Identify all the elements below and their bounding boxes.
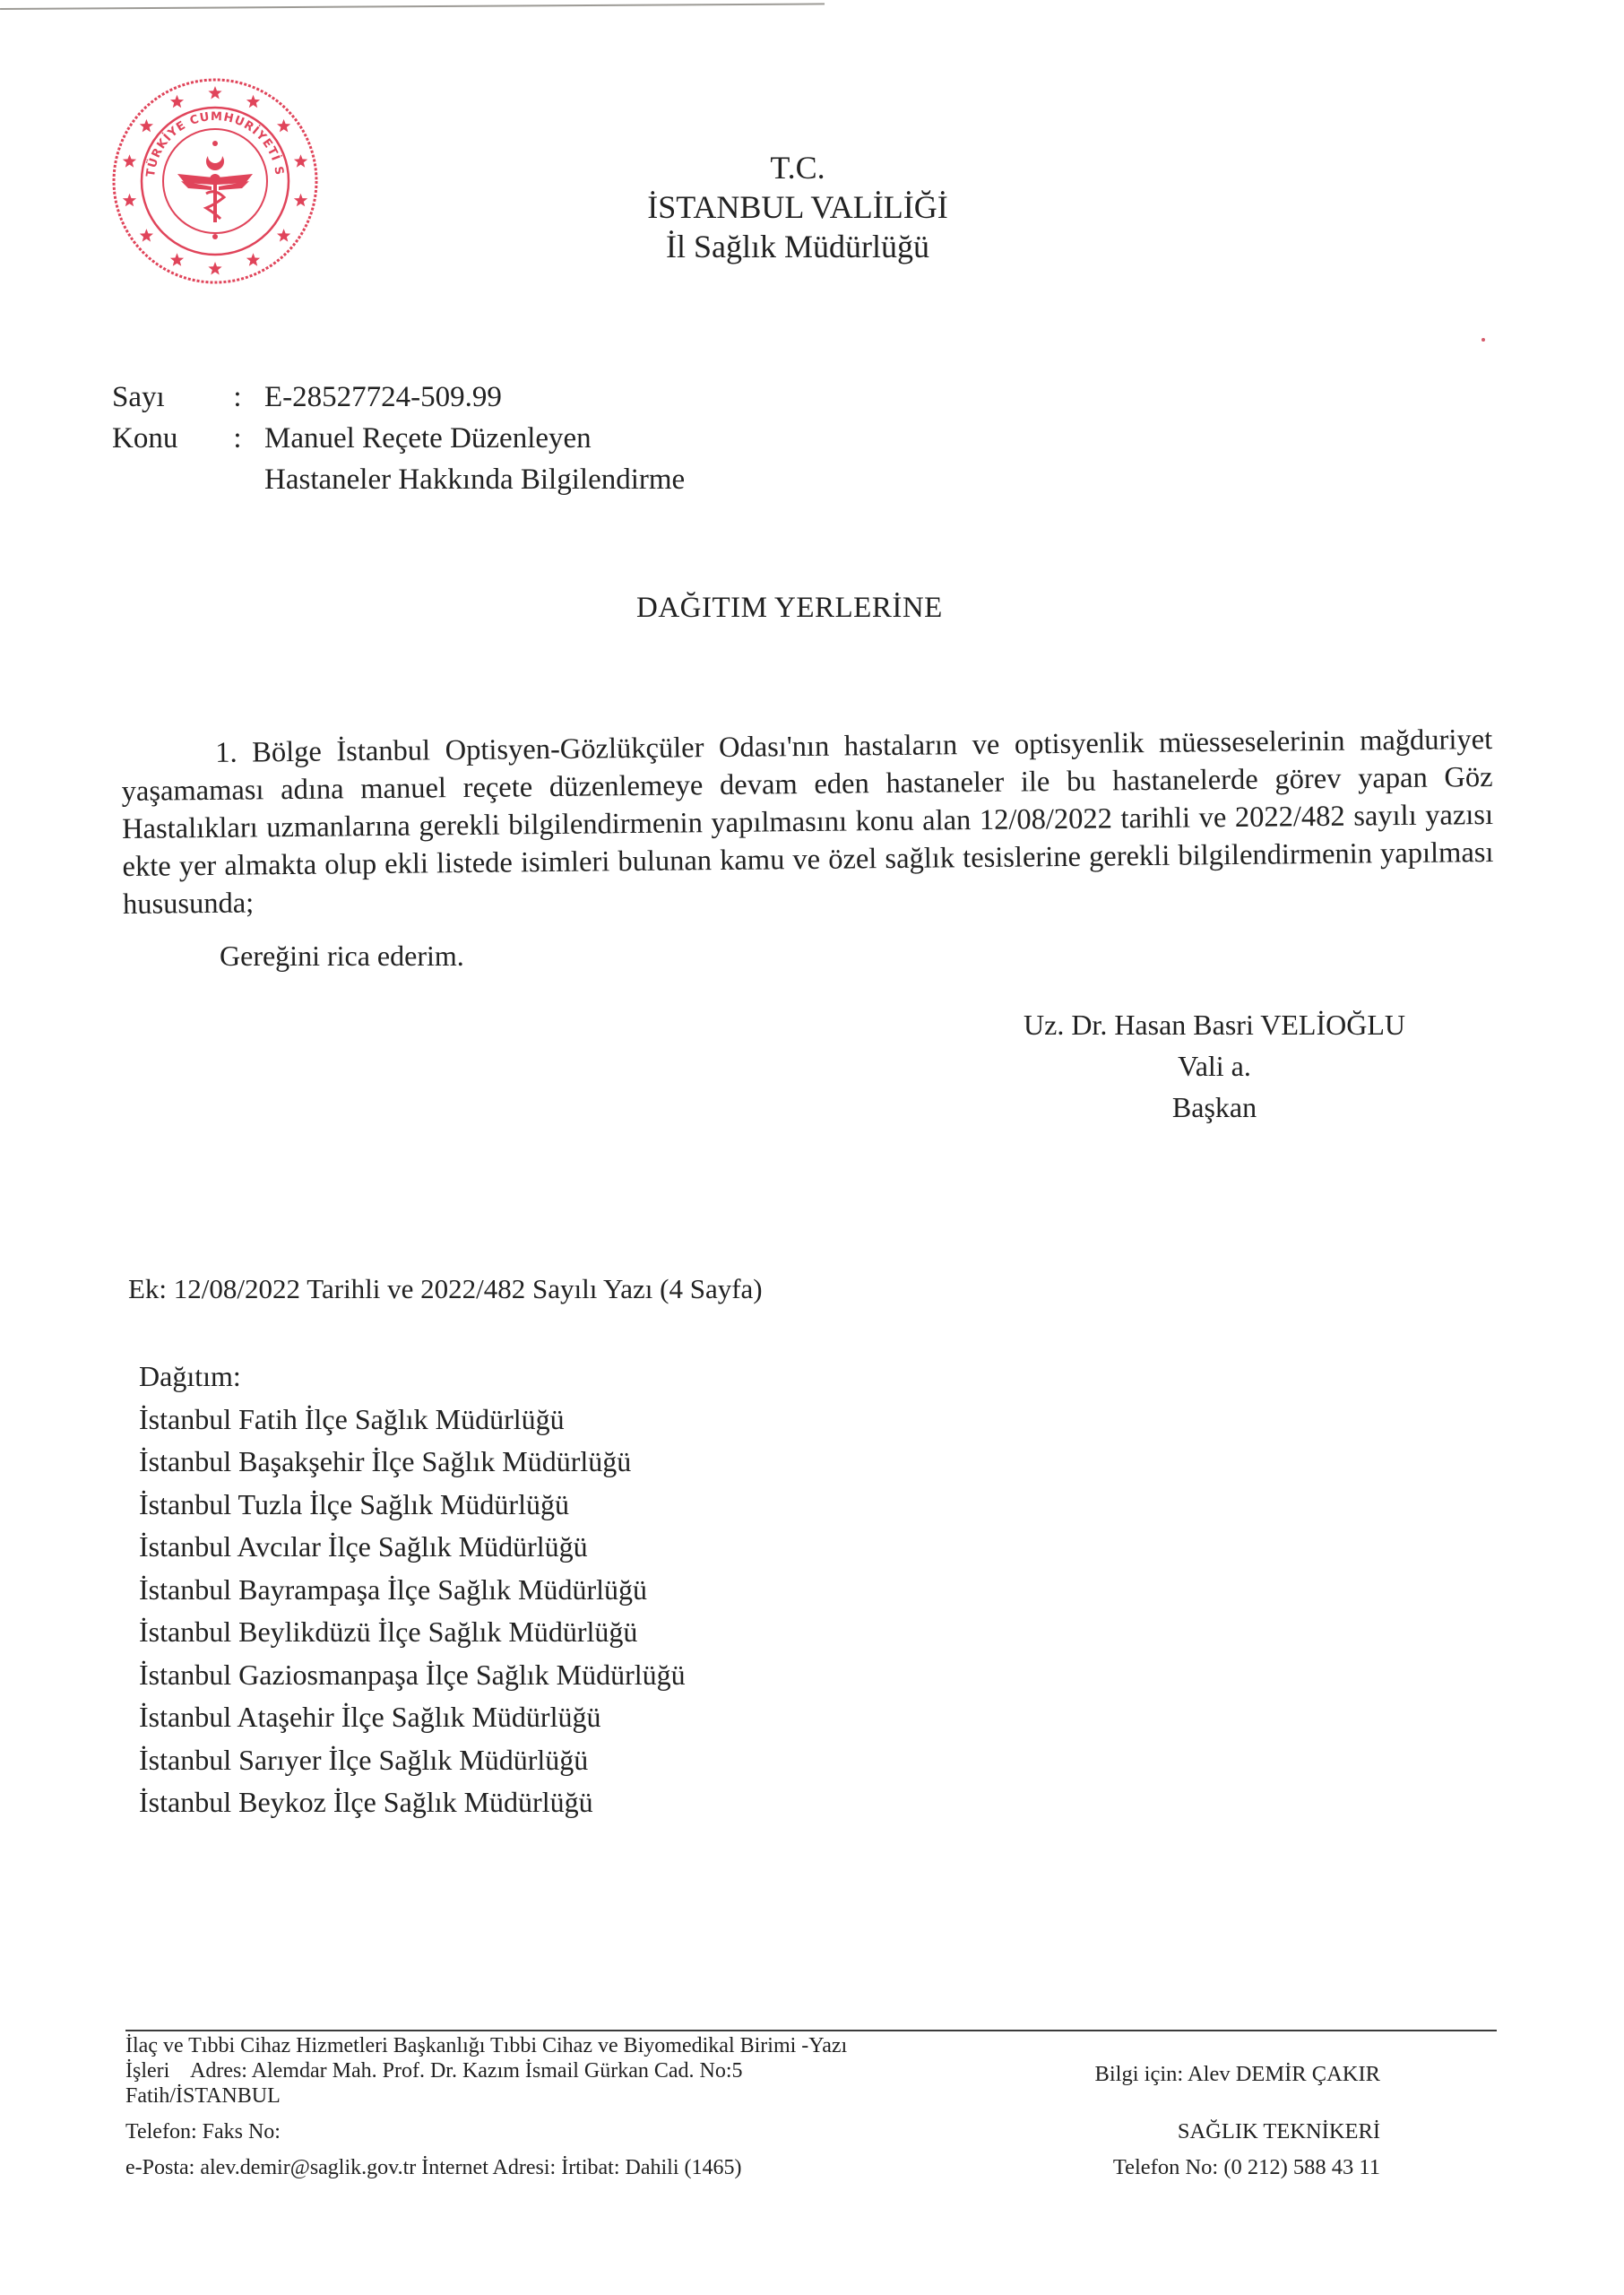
signatory-title: Başkan [981, 1087, 1447, 1128]
signatory-name: Uz. Dr. Hasan Basri VELİOĞLU [981, 1004, 1447, 1045]
info-contact-name: Bilgi için: Alev DEMİR ÇAKIR [1004, 2062, 1380, 2087]
list-item: İstanbul Beykoz İlçe Sağlık Müdürlüğü [139, 1781, 686, 1824]
footer-email: e-Posta: alev.demir@saglik.gov.tr İntern… [125, 2155, 968, 2180]
list-item: İstanbul Başakşehir İlçe Sağlık Müdürlüğ… [139, 1441, 686, 1484]
attachment-note: Ek: 12/08/2022 Tarihli ve 2022/482 Sayıl… [128, 1273, 763, 1305]
sayi-label: Sayı [112, 377, 211, 418]
konu-value-line1: Manuel Reçete Düzenleyen [264, 418, 592, 459]
ministry-seal-icon: TÜRKİYE CUMHURİYETİ SAĞLIK BAKANLIĞI [108, 74, 323, 289]
list-item: İstanbul Avcılar İlçe Sağlık Müdürlüğü [139, 1526, 686, 1569]
info-contact-title: SAĞLIK TEKNİKERİ [1004, 2119, 1380, 2144]
signatory-on-behalf: Vali a. [981, 1045, 1447, 1087]
info-contact-phone: Telefon No: (0 212) 588 43 11 [1004, 2155, 1380, 2180]
konu-row-continued: Hastaneler Hakkında Bilgilendirme [112, 459, 685, 500]
body-paragraph: 1. Bölge İstanbul Optisyen-Gözlükçüler O… [121, 721, 1494, 923]
konu-value-line2: Hastaneler Hakkında Bilgilendirme [264, 459, 685, 500]
distribution-heading: Dağıtım: [139, 1355, 686, 1399]
letter-body: 1. Bölge İstanbul Optisyen-Gözlükçüler O… [121, 721, 1494, 923]
list-item: İstanbul Fatih İlçe Sağlık Müdürlüğü [139, 1399, 686, 1442]
header-directorate: İl Sağlık Müdürlüğü [574, 227, 1022, 266]
footer-phone-fax: Telefon: Faks No: [125, 2119, 968, 2144]
scan-speck [1481, 338, 1485, 342]
addressee: DAĞITIM YERLERİNE [636, 592, 943, 625]
list-item: İstanbul Tuzla İlçe Sağlık Müdürlüğü [139, 1484, 686, 1527]
footer-contact-info: İlaç ve Tıbbi Cihaz Hizmetleri Başkanlığ… [125, 2033, 968, 2180]
header-tc: T.C. [574, 148, 1022, 187]
konu-row: Konu : Manuel Reçete Düzenleyen [112, 418, 685, 459]
scan-edge-line [0, 0, 825, 10]
list-item: İstanbul Ataşehir İlçe Sağlık Müdürlüğü [139, 1696, 686, 1739]
signature-block: Uz. Dr. Hasan Basri VELİOĞLU Vali a. Baş… [981, 1004, 1447, 1128]
colon: : [211, 418, 264, 459]
list-item: İstanbul Gaziosmanpaşa İlçe Sağlık Müdür… [139, 1654, 686, 1697]
sayi-row: Sayı : E-28527724-509.99 [112, 377, 685, 418]
footer-unit: İlaç ve Tıbbi Cihaz Hizmetleri Başkanlığ… [125, 2033, 968, 2058]
list-item: İstanbul Sarıyer İlçe Sağlık Müdürlüğü [139, 1739, 686, 1782]
list-item: İstanbul Bayrampaşa İlçe Sağlık Müdürlüğ… [139, 1569, 686, 1612]
sayi-value: E-28527724-509.99 [264, 377, 502, 418]
letter-metadata: Sayı : E-28527724-509.99 Konu : Manuel R… [112, 377, 685, 500]
footer-divider [125, 2030, 1497, 2031]
closing-line: Gereğini rica ederim. [220, 940, 464, 973]
konu-label: Konu [112, 418, 211, 459]
list-item: İstanbul Beylikdüzü İlçe Sağlık Müdürlüğ… [139, 1611, 686, 1654]
footer-info-contact: Bilgi için: Alev DEMİR ÇAKIR SAĞLIK TEKN… [1004, 2062, 1380, 2180]
letter-header: T.C. İSTANBUL VALİLİĞİ İl Sağlık Müdürlü… [574, 148, 1022, 266]
footer-city: Fatih/İSTANBUL [125, 2083, 968, 2109]
distribution-items: İstanbul Fatih İlçe Sağlık Müdürlüğü İst… [139, 1399, 686, 1824]
distribution-list: Dağıtım: İstanbul Fatih İlçe Sağlık Müdü… [139, 1355, 686, 1824]
header-governorship: İSTANBUL VALİLİĞİ [574, 187, 1022, 227]
colon: : [211, 377, 264, 418]
footer-address: İşleri Adres: Alemdar Mah. Prof. Dr. Kaz… [125, 2058, 968, 2083]
